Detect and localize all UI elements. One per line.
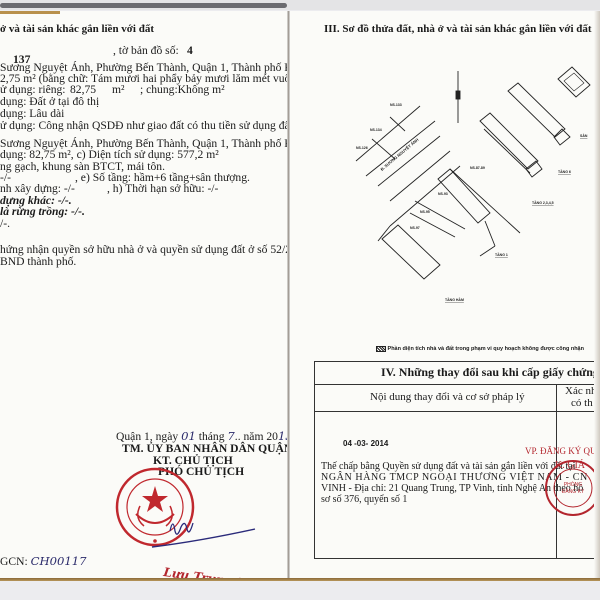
parcel-floor-plan-diagram: NS.133 NS.134 NS.126 NS.87-89 NS.93 NS.9…: [290, 51, 594, 341]
svg-text:TẦNG HẦM: TẦNG HẦM: [445, 298, 464, 302]
perennial-trees: /-.: [0, 217, 10, 230]
map-sheet-number: 4: [187, 44, 193, 57]
cert-no-label: GCN:: [0, 555, 28, 568]
entry-text-1: Thế chấp bằng Quyền sử dụng đất và tài s…: [321, 461, 576, 472]
svg-text:NS.134: NS.134: [370, 128, 382, 132]
registration-stamp-icon: PHÒNG ĐĂNG KÝ: [543, 458, 594, 518]
changes-table-title-row: IV. Những thay đổi sau khi cấp giấy chứn…: [315, 362, 594, 385]
land-origin: ử dụng: Công nhận QSDĐ như giao đất có t…: [0, 119, 287, 132]
svg-text:TẦNG 2,3,4,5: TẦNG 2,3,4,5: [532, 201, 554, 205]
page-right-edge: [594, 11, 600, 579]
svg-text:Đ. SƯƠNG NGUYỆT ÁNH: Đ. SƯƠNG NGUYỆT ÁNH: [379, 137, 419, 172]
horizontal-scrollbar[interactable]: [0, 3, 287, 8]
svg-text:NS.87-89: NS.87-89: [470, 166, 485, 170]
section-iv-title: IV. Những thay đổi sau khi cấp giấy chứn…: [381, 366, 594, 379]
note-line-2: BND thành phố.: [0, 255, 76, 268]
svg-text:NS.97: NS.97: [410, 226, 420, 230]
svg-text:SÂN: SÂN: [580, 133, 588, 138]
hatch-legend-icon: [376, 346, 386, 352]
diagram-legend: Phần diện tích nhà và đất trong phạm vi …: [376, 343, 584, 356]
right-page: III. Sơ đồ thửa đất, nhà ở và tài sản kh…: [290, 11, 594, 579]
page-bottom-edge: [0, 578, 600, 581]
use-form-unit: m²: [112, 83, 125, 96]
svg-text:NS.133: NS.133: [390, 103, 402, 107]
svg-text:NS.93: NS.93: [438, 192, 448, 196]
col-confirm-header-2: có th: [571, 397, 593, 410]
section-iii-title: III. Sơ đồ thửa đất, nhà ở và tài sản kh…: [324, 23, 592, 36]
svg-text:TẦNG 1: TẦNG 1: [495, 253, 508, 257]
svg-text:PHÒNG: PHÒNG: [564, 481, 582, 488]
svg-text:TẦNG 6: TẦNG 6: [558, 170, 571, 174]
entry-text-4: sơ số 376, quyển số 1: [321, 494, 407, 505]
entry-date: 04 -03- 2014: [343, 437, 388, 450]
svg-text:ĐĂNG KÝ: ĐĂNG KÝ: [562, 488, 585, 495]
confirm-office: VP. ĐĂNG KÝ QUYỀ: [525, 445, 594, 458]
signature-icon: [150, 511, 260, 551]
changes-table: IV. Những thay đổi sau khi cấp giấy chứn…: [314, 361, 594, 559]
date-year-suffix: 13: [278, 429, 287, 443]
section-header: ở và tài sản khác gắn liền với đất: [0, 23, 154, 36]
changes-table-header-row: Nội dung thay đổi và cơ sở pháp lý Xác n…: [315, 384, 594, 412]
svg-text:NS.126: NS.126: [356, 146, 368, 150]
map-sheet-label: , tờ bản đồ số:: [113, 44, 179, 57]
date-month: 7: [227, 429, 234, 443]
col-content-header: Nội dung thay đổi và cơ sở pháp lý: [370, 391, 525, 404]
svg-text:NS.95: NS.95: [420, 210, 430, 214]
left-page: ở và tài sản khác gắn liền với đất 137 ,…: [0, 11, 287, 579]
legend-text: Phần diện tích nhà và đất trong phạm vi …: [388, 346, 584, 352]
use-form-shared: ; chung:Không m²: [140, 83, 225, 96]
cert-no-value: CH00117: [31, 554, 87, 568]
certificate-number: GCN: CH00117: [0, 555, 86, 568]
planted-forest: là rừng trồng: -/-.: [0, 205, 85, 218]
date-day: 01: [181, 429, 196, 443]
ownership-term: , h) Thời hạn sở hữu: -/-: [107, 182, 218, 195]
